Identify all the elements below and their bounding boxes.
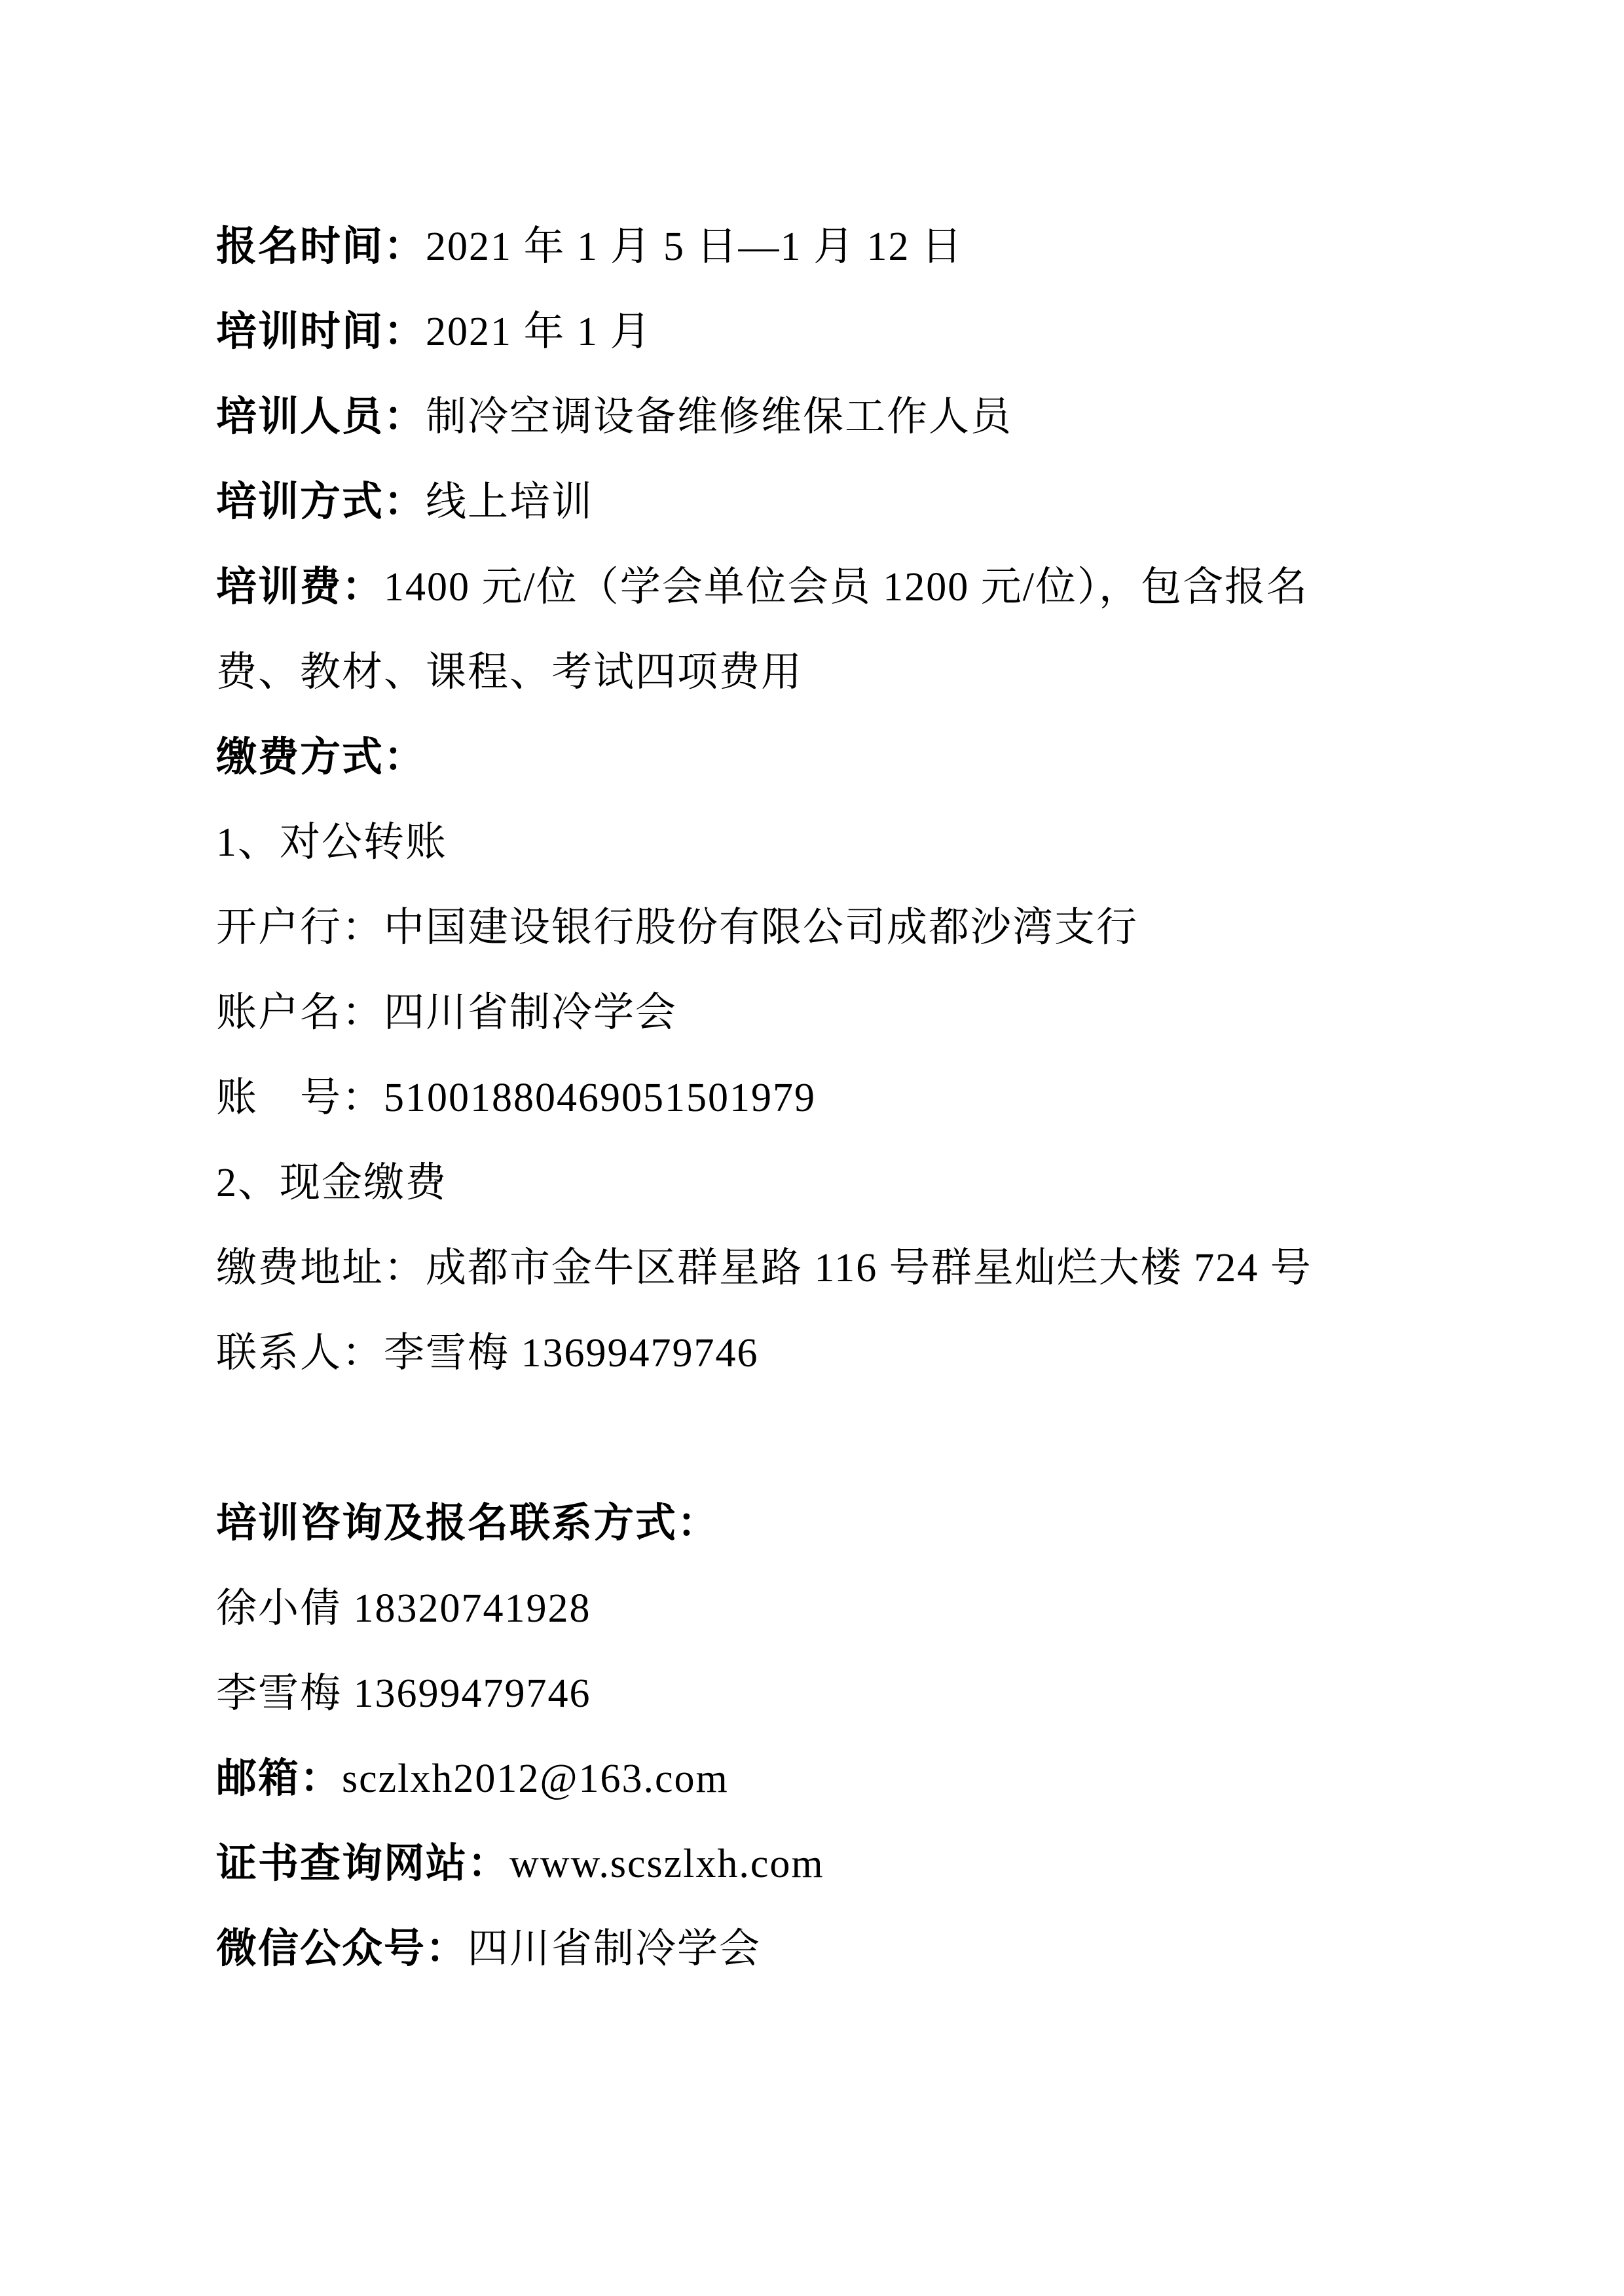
line-text: 四川省制冷学会 <box>468 1927 761 1971</box>
line-text: 开户行：中国建设银行股份有限公司成都沙湾支行 <box>216 905 1138 950</box>
line-payment-contact: 联系人：李雪梅 13699479746 <box>216 1311 1414 1396</box>
line-text: 2021 年 1 月 <box>426 310 652 354</box>
line-label: 培训方式： <box>216 480 426 524</box>
line-training-time: 培训时间：2021 年 1 月 <box>216 289 1414 374</box>
line-text: 缴费地址：成都市金牛区群星路 116 号群星灿烂大楼 724 号 <box>216 1246 1312 1290</box>
line-text: 1400 元/位（学会单位会员 1200 元/位），包含报名 <box>384 565 1308 610</box>
line-account-name: 账户名：四川省制冷学会 <box>216 970 1414 1055</box>
line-contact-li: 李雪梅 13699479746 <box>216 1651 1414 1736</box>
line-text: 徐小倩 18320741928 <box>216 1586 591 1631</box>
line-contact-xu: 徐小倩 18320741928 <box>216 1566 1414 1651</box>
line-text: 账户名：四川省制冷学会 <box>216 991 677 1035</box>
line-label: 培训时间： <box>216 310 426 354</box>
line-label: 证书查询网站： <box>216 1842 509 1886</box>
line-training-personnel: 培训人员：制冷空调设备维修维保工作人员 <box>216 374 1414 460</box>
line-consult-heading: 培训咨询及报名联系方式： <box>216 1481 1414 1566</box>
line-text: 费、教材、课程、考试四项费用 <box>216 650 803 695</box>
line-payment-address: 缴费地址：成都市金牛区群星路 116 号群星灿烂大楼 724 号 <box>216 1226 1414 1311</box>
line-text: www.scszlxh.com <box>509 1842 824 1886</box>
line-wechat-account: 微信公众号：四川省制冷学会 <box>216 1906 1414 1992</box>
line-text: 联系人：李雪梅 13699479746 <box>216 1331 759 1376</box>
line-text: 2、现金缴费 <box>216 1161 447 1205</box>
line-bank-name: 开户行：中国建设银行股份有限公司成都沙湾支行 <box>216 885 1414 970</box>
line-text: 李雪梅 13699479746 <box>216 1671 591 1716</box>
line-payment-option-2: 2、现金缴费 <box>216 1140 1414 1226</box>
line-label: 培训咨询及报名联系方式： <box>216 1501 719 1546</box>
line-payment-method-heading: 缴费方式： <box>216 715 1414 800</box>
line-training-fee: 培训费：1400 元/位（学会单位会员 1200 元/位），包含报名 <box>216 545 1414 630</box>
line-account-number: 账 号：51001880469051501979 <box>216 1055 1414 1140</box>
document-page: 报名时间：2021 年 1 月 5 日—1 月 12 日 培训时间：2021 年… <box>0 0 1624 2296</box>
line-label: 报名时间： <box>216 225 426 269</box>
line-text: sczlxh2012@163.com <box>342 1757 729 1801</box>
line-text: 账 号：51001880469051501979 <box>216 1076 816 1120</box>
line-label: 缴费方式： <box>216 735 426 780</box>
line-certificate-website: 证书查询网站：www.scszlxh.com <box>216 1821 1414 1906</box>
line-text: 2021 年 1 月 5 日—1 月 12 日 <box>426 225 963 269</box>
line-label: 邮箱： <box>216 1757 342 1801</box>
line-text: 1、对公转账 <box>216 820 447 865</box>
document-body: 报名时间：2021 年 1 月 5 日—1 月 12 日 培训时间：2021 年… <box>216 204 1414 1992</box>
line-training-fee-wrap: 费、教材、课程、考试四项费用 <box>216 630 1414 715</box>
line-label: 培训人员： <box>216 395 426 439</box>
blank-line-spacer <box>216 1396 1414 1481</box>
line-label: 培训费： <box>216 565 384 610</box>
line-signup-time: 报名时间：2021 年 1 月 5 日—1 月 12 日 <box>216 204 1414 289</box>
line-email: 邮箱：sczlxh2012@163.com <box>216 1736 1414 1821</box>
line-payment-option-1: 1、对公转账 <box>216 800 1414 885</box>
line-training-method: 培训方式：线上培训 <box>216 460 1414 545</box>
line-text: 线上培训 <box>426 480 593 524</box>
line-label: 微信公众号： <box>216 1927 468 1971</box>
line-text: 制冷空调设备维修维保工作人员 <box>426 395 1012 439</box>
